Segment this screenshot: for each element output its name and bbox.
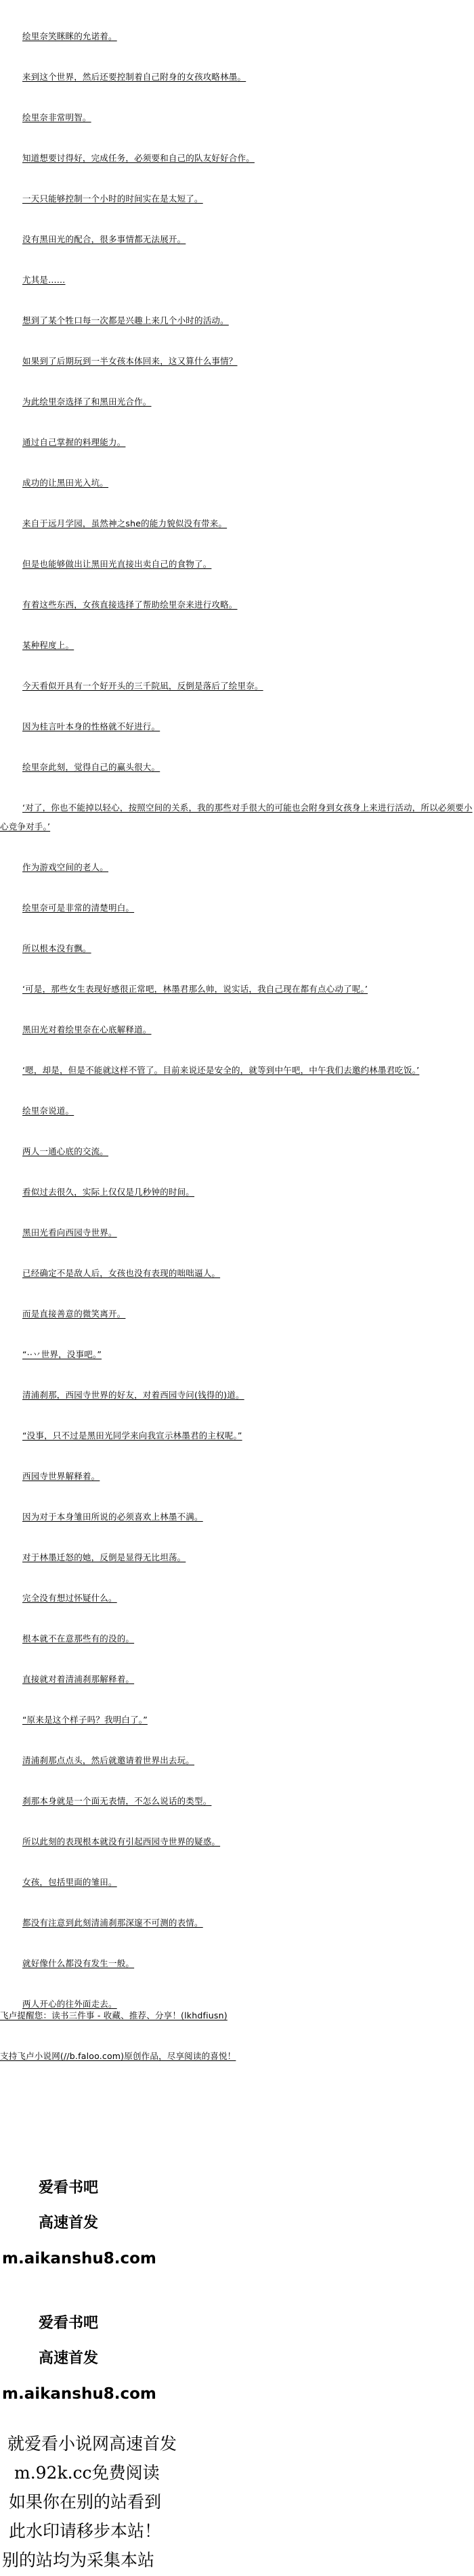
paragraph-text: 西园寺世界解释着。 bbox=[22, 1471, 100, 1481]
paragraph-text: 知道想要讨得好，完成任务，必须要和自己的队友好好合作。 bbox=[22, 153, 255, 163]
paragraph-text: 就好像什么都没有发生一般。 bbox=[22, 1958, 134, 1968]
paragraph-text: 一天只能够控制一个小时的时间实在是太短了。 bbox=[22, 194, 203, 204]
paragraph: ‘对了，你也不能掉以轻心，按照空间的关系，我的那些对手很大的可能也会附身到女孩身… bbox=[0, 798, 474, 836]
watermark-notice-line: 此水印请移步本站！ bbox=[2, 2516, 177, 2546]
paragraph: 两人一通心底的交流。 bbox=[0, 1142, 474, 1161]
paragraph: 已经确定不是敌人后，女孩也没有表现的咄咄逼人。 bbox=[0, 1264, 474, 1283]
paragraph-text: 都没有注意到此刻清浦刹那深邃不可测的表情。 bbox=[22, 1918, 203, 1928]
paragraph-text: 今天看似开具有一个好开头的三千院凪，反倒是落后了绘里奈。 bbox=[22, 681, 263, 691]
paragraph: 但是也能够做出让黑田光直接出卖自己的食物了。 bbox=[0, 555, 474, 574]
paragraph-text: 所以根本没有飘。 bbox=[22, 943, 91, 953]
paragraph: 知道想要讨得好，完成任务，必须要和自己的队友好好合作。 bbox=[0, 149, 474, 168]
paragraph: 对于林墨迁怒的她，反倒是显得无比坦荡。 bbox=[0, 1548, 474, 1567]
paragraph: 绘里奈此刻，觉得自己的赢头很大。 bbox=[0, 758, 474, 777]
paragraph-text: 清浦刹那点点头，然后就邀请着世界出去玩。 bbox=[22, 1755, 194, 1765]
paragraph-text: 对于林墨迁怒的她，反倒是显得无比坦荡。 bbox=[22, 1552, 186, 1562]
paragraph: “原来是这个样子吗？我明白了。” bbox=[0, 1711, 474, 1730]
paragraph-text: 但是也能够做出让黑田光直接出卖自己的食物了。 bbox=[22, 559, 211, 569]
paragraph: 一天只能够控制一个小时的时间实在是太短了。 bbox=[0, 189, 474, 208]
paragraph: “没事，只不过是黑田光同学来向我宣示林墨君的主权呢。” bbox=[0, 1426, 474, 1445]
paragraph: 尤其是…… bbox=[0, 271, 474, 290]
paragraph-text: 直接就对着清浦刹那解释着。 bbox=[22, 1674, 134, 1684]
paragraph: 为此绘里奈选择了和黑田光合作。 bbox=[0, 392, 474, 411]
watermark-tagline: 高速首发 bbox=[0, 2341, 156, 2376]
paragraph: 而是直接善意的微笑离开。 bbox=[0, 1305, 474, 1324]
paragraph-text: 完全没有想过怀疑什么。 bbox=[22, 1593, 117, 1603]
paragraph-text: 绘里奈可是非常的清楚明白。 bbox=[22, 903, 134, 913]
watermark-notice: 就爱看小说网高速首发 m.92k.cc免费阅读 如果你在别的站看到 此水印请移步… bbox=[2, 2429, 177, 2575]
paragraph: 成功的让黑田光入坑。 bbox=[0, 474, 474, 493]
paragraph-text: 黑田光对着绘里奈在心底解释道。 bbox=[22, 1024, 152, 1035]
watermark-url: m.aikanshu8.com bbox=[0, 2241, 156, 2276]
watermark-site-name: 爱看书吧 bbox=[0, 2171, 156, 2206]
paragraph-text: 看似过去很久，实际上仅仅是几秒钟的时间。 bbox=[22, 1187, 194, 1197]
paragraph: 绘里奈笑眯眯的允诺着。 bbox=[0, 27, 474, 46]
paragraph-text: 黑田光看向西园寺世界。 bbox=[22, 1227, 117, 1238]
paragraph: 清浦刹那，西园寺世界的好友，对着西园寺问(钱得的)道。 bbox=[0, 1386, 474, 1405]
paragraph: 想到了某个牲口每一次都是兴趣上来几个小时的活动。 bbox=[0, 311, 474, 330]
paragraph: 所以此刻的表现根本就没有引起西园寺世界的疑惑。 bbox=[0, 1832, 474, 1851]
watermark-site-name: 爱看书吧 bbox=[0, 2306, 156, 2341]
paragraph: 如果到了后期玩到一半女孩本体回来，这又算什么事情？ bbox=[0, 352, 474, 371]
footer-notes: 飞卢提醒您：读书三件事 - 收藏、推荐、分享！(lkhdfiusn) 支持飞卢小… bbox=[0, 2006, 474, 2087]
paragraph: 没有黑田光的配合，很多事情都无法展开。 bbox=[0, 230, 474, 249]
paragraph-text: 来到这个世界，然后还要控制着自己附身的女孩攻略林墨。 bbox=[22, 72, 246, 82]
paragraph-text: 尤其是…… bbox=[22, 275, 66, 285]
paragraph-text: 绘里奈非常明智。 bbox=[22, 112, 91, 122]
paragraph-text: 因为对于本身雏田所说的必须喜欢上林墨不满。 bbox=[22, 1512, 203, 1522]
footer-note: 支持飞卢小说网(//b.faloo.com)原创作品，尽享阅读的喜悦！ bbox=[0, 2047, 474, 2066]
paragraph: 刹那本身就是一个面无表情，不怎么说话的类型。 bbox=[0, 1792, 474, 1811]
paragraph-text: 没有黑田光的配合，很多事情都无法展开。 bbox=[22, 234, 186, 244]
watermark-notice-line: 如果你在别的站看到 bbox=[2, 2487, 177, 2516]
paragraph: 看似过去很久，实际上仅仅是几秒钟的时间。 bbox=[0, 1183, 474, 1202]
paragraph: 有着这些东西，女孩直接选择了帮助绘里奈来进行攻略。 bbox=[0, 595, 474, 614]
paragraph: 都没有注意到此刻清浦刹那深邃不可测的表情。 bbox=[0, 1914, 474, 1933]
paragraph-text: 刹那本身就是一个面无表情，不怎么说话的类型。 bbox=[22, 1796, 211, 1806]
paragraph: 根本就不在意那些有的没的。 bbox=[0, 1629, 474, 1648]
paragraph: 因为对于本身雏田所说的必须喜欢上林墨不满。 bbox=[0, 1508, 474, 1527]
watermark-notice-line: 别的站均为采集本站 bbox=[2, 2546, 177, 2575]
watermark-block-2: 爱看书吧 高速首发 m.aikanshu8.com bbox=[0, 2306, 156, 2412]
paragraph: ‘嗯，却是，但是不能就这样不管了。目前来说还是安全的，就等到中午吧，中午我们去邀… bbox=[0, 1061, 474, 1080]
paragraph: 作为游戏空间的老人。 bbox=[0, 858, 474, 877]
watermark-block-1: 爱看书吧 高速首发 m.aikanshu8.com bbox=[0, 2171, 156, 2276]
paragraph-text: 而是直接善意的微笑离开。 bbox=[22, 1309, 125, 1319]
paragraph: 就好像什么都没有发生一般。 bbox=[0, 1954, 474, 1973]
paragraph-text: 绘里奈此刻，觉得自己的赢头很大。 bbox=[22, 762, 160, 772]
paragraph: 黑田光对着绘里奈在心底解释道。 bbox=[0, 1020, 474, 1039]
paragraph-text: 清浦刹那，西园寺世界的好友，对着西园寺问(钱得的)道。 bbox=[22, 1390, 244, 1400]
paragraph: ‘可是，那些女生表现好感很正常吧，林墨君那么帅，说实话，我自己现在都有点心动了呢… bbox=[0, 980, 474, 999]
paragraph-text: “··丷世界，没事吧。” bbox=[22, 1349, 102, 1359]
watermark-notice-line: 就爱看小说网高速首发 bbox=[2, 2429, 177, 2458]
paragraph-text: 绘里奈笑眯眯的允诺着。 bbox=[22, 31, 117, 41]
watermark-tagline: 高速首发 bbox=[0, 2206, 156, 2241]
paragraph: “··丷世界，没事吧。” bbox=[0, 1345, 474, 1364]
paragraph-text: “原来是这个样子吗？我明白了。” bbox=[22, 1715, 148, 1725]
paragraph: 绘里奈非常明智。 bbox=[0, 108, 474, 127]
paragraph: 来到这个世界，然后还要控制着自己附身的女孩攻略林墨。 bbox=[0, 68, 474, 87]
paragraph-text: 如果到了后期玩到一半女孩本体回来，这又算什么事情？ bbox=[22, 356, 238, 366]
paragraph: 所以根本没有飘。 bbox=[0, 939, 474, 958]
paragraph-text: 绘里奈说道。 bbox=[22, 1106, 74, 1116]
paragraph-text: 某种程度上。 bbox=[22, 640, 74, 650]
paragraph-text: 为此绘里奈选择了和黑田光合作。 bbox=[22, 397, 152, 407]
paragraph-text: “没事，只不过是黑田光同学来向我宣示林墨君的主权呢。” bbox=[22, 1430, 242, 1441]
paragraph-text: 所以此刻的表现根本就没有引起西园寺世界的疑惑。 bbox=[22, 1836, 220, 1847]
paragraph-text: 成功的让黑田光入坑。 bbox=[22, 478, 108, 488]
watermark-notice-line: m.92k.cc免费阅读 bbox=[2, 2458, 177, 2487]
chapter-body: 绘里奈笑眯眯的允诺着。来到这个世界，然后还要控制着自己附身的女孩攻略林墨。绘里奈… bbox=[0, 27, 474, 2035]
paragraph: 绘里奈可是非常的清楚明白。 bbox=[0, 899, 474, 918]
paragraph: 女孩，包括里面的雏田。 bbox=[0, 1873, 474, 1892]
paragraph: 今天看似开具有一个好开头的三千院凪，反倒是落后了绘里奈。 bbox=[0, 677, 474, 696]
paragraph-text: 作为游戏空间的老人。 bbox=[22, 862, 108, 872]
paragraph-text: 女孩，包括里面的雏田。 bbox=[22, 1877, 117, 1887]
paragraph: 清浦刹那点点头，然后就邀请着世界出去玩。 bbox=[0, 1751, 474, 1770]
paragraph-text: 因为桂言叶本身的性格就不好进行。 bbox=[22, 721, 160, 731]
paragraph: 黑田光看向西园寺世界。 bbox=[0, 1223, 474, 1242]
paragraph: 西园寺世界解释着。 bbox=[0, 1467, 474, 1486]
watermark-url: m.aikanshu8.com bbox=[0, 2376, 156, 2412]
paragraph-text: ‘可是，那些女生表现好感很正常吧，林墨君那么帅，说实话，我自己现在都有点心动了呢… bbox=[22, 984, 368, 994]
paragraph: 因为桂言叶本身的性格就不好进行。 bbox=[0, 717, 474, 736]
paragraph: 来自于远月学园，虽然神之she的能力貌似没有带来。 bbox=[0, 514, 474, 533]
paragraph-text: 想到了某个牲口每一次都是兴趣上来几个小时的活动。 bbox=[22, 315, 229, 325]
footer-note: 飞卢提醒您：读书三件事 - 收藏、推荐、分享！(lkhdfiusn) bbox=[0, 2006, 474, 2025]
paragraph: 某种程度上。 bbox=[0, 636, 474, 655]
paragraph: 直接就对着清浦刹那解释着。 bbox=[0, 1670, 474, 1689]
paragraph-text: 有着这些东西，女孩直接选择了帮助绘里奈来进行攻略。 bbox=[22, 600, 238, 610]
paragraph-text: ‘对了，你也不能掉以轻心，按照空间的关系，我的那些对手很大的可能也会附身到女孩身… bbox=[0, 803, 473, 832]
paragraph: 绘里奈说道。 bbox=[0, 1102, 474, 1121]
paragraph: 通过自己掌握的料理能力。 bbox=[0, 433, 474, 452]
paragraph-text: 已经确定不是敌人后，女孩也没有表现的咄咄逼人。 bbox=[22, 1268, 220, 1278]
paragraph-text: 通过自己掌握的料理能力。 bbox=[22, 437, 125, 447]
paragraph: 完全没有想过怀疑什么。 bbox=[0, 1589, 474, 1608]
paragraph-text: 两人一通心底的交流。 bbox=[22, 1146, 108, 1156]
paragraph-text: ‘嗯，却是，但是不能就这样不管了。目前来说还是安全的，就等到中午吧，中午我们去邀… bbox=[22, 1065, 419, 1075]
paragraph-text: 根本就不在意那些有的没的。 bbox=[22, 1633, 134, 1644]
paragraph-text: 来自于远月学园，虽然神之she的能力貌似没有带来。 bbox=[22, 518, 227, 528]
